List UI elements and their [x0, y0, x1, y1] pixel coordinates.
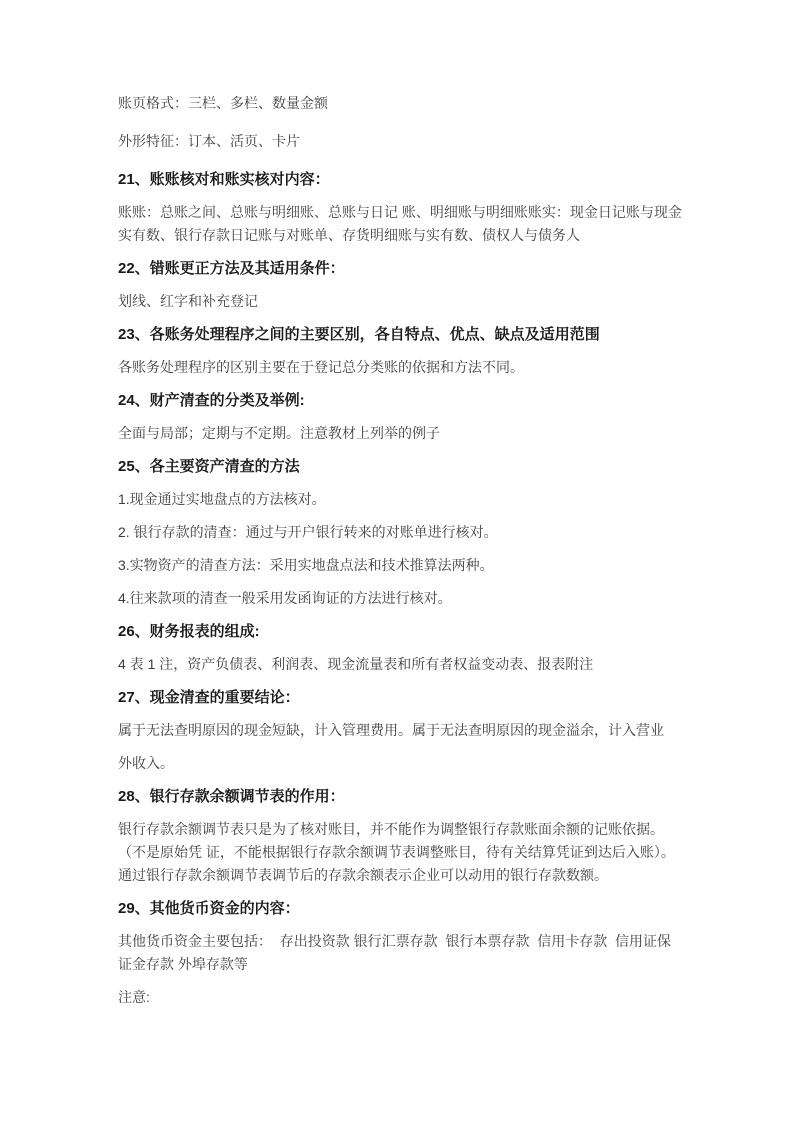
section-heading-26: 26、财务报表的组成:: [118, 620, 683, 643]
paragraph-29-body: 其他货币资金主要包括： 存出投资款 银行汇票存款 银行本票存款 信用卡存款 信用…: [118, 930, 683, 976]
document-page: 账页格式：三栏、多栏、数量金额 外形特征：订本、活页、卡片 21、账账核对和账实…: [0, 0, 793, 1122]
paragraph-28-body: 银行存款余额调节表只是为了核对账目，并不能作为调整银行存款账面余额的记账依据。（…: [118, 818, 683, 887]
paragraph-27-body-line1: 属于无法查明原因的现金短缺，计入管理费用。属于无法查明原因的现金溢余，计入营业: [118, 719, 683, 742]
section-heading-24: 24、财产清查的分类及举例:: [118, 389, 683, 412]
paragraph-25-item-1: 1.现金通过实地盘点的方法核对。: [118, 488, 683, 511]
section-heading-22: 22、错账更正方法及其适用条件：: [118, 257, 683, 280]
section-heading-21: 21、账账核对和账实核对内容：: [118, 168, 683, 191]
paragraph-25-item-3: 3.实物资产的清查方法：采用实地盘点法和技术推算法两种。: [118, 554, 683, 577]
paragraph-note: 注意:: [118, 986, 683, 1009]
section-heading-27: 27、现金清查的重要结论：: [118, 686, 683, 709]
section-heading-23: 23、各账务处理程序之间的主要区别，各自特点、优点、缺点及适用范围: [118, 323, 683, 346]
paragraph-25-item-2: 2. 银行存款的清查：通过与开户银行转来的对账单进行核对。: [118, 521, 683, 544]
paragraph-21-body: 账账：总账之间、总账与明细账、总账与日记 账、明细账与明细账账实：现金日记账与现…: [118, 201, 683, 247]
section-heading-25: 25、各主要资产清查的方法: [118, 455, 683, 478]
paragraph-25-item-4: 4.往来款项的清查一般采用发函询证的方法进行核对。: [118, 587, 683, 610]
paragraph-26-body: 4 表 1 注，资产负债表、利润表、现金流量表和所有者权益变动表、报表附注: [118, 653, 683, 676]
paragraph-ledger-appearance: 外形特征：订本、活页、卡片: [118, 130, 683, 153]
section-heading-29: 29、其他货币资金的内容：: [118, 897, 683, 920]
paragraph-27-body-line2: 外收入。: [118, 752, 683, 775]
paragraph-22-body: 划线、红字和补充登记: [118, 290, 683, 313]
section-heading-28: 28、银行存款余额调节表的作用：: [118, 785, 683, 808]
paragraph-24-body: 全面与局部；定期与不定期。注意教材上列举的例子: [118, 422, 683, 445]
paragraph-ledger-page-formats: 账页格式：三栏、多栏、数量金额: [118, 92, 683, 115]
paragraph-23-body: 各账务处理程序的区别主要在于登记总分类账的依据和方法不同。: [118, 356, 683, 379]
